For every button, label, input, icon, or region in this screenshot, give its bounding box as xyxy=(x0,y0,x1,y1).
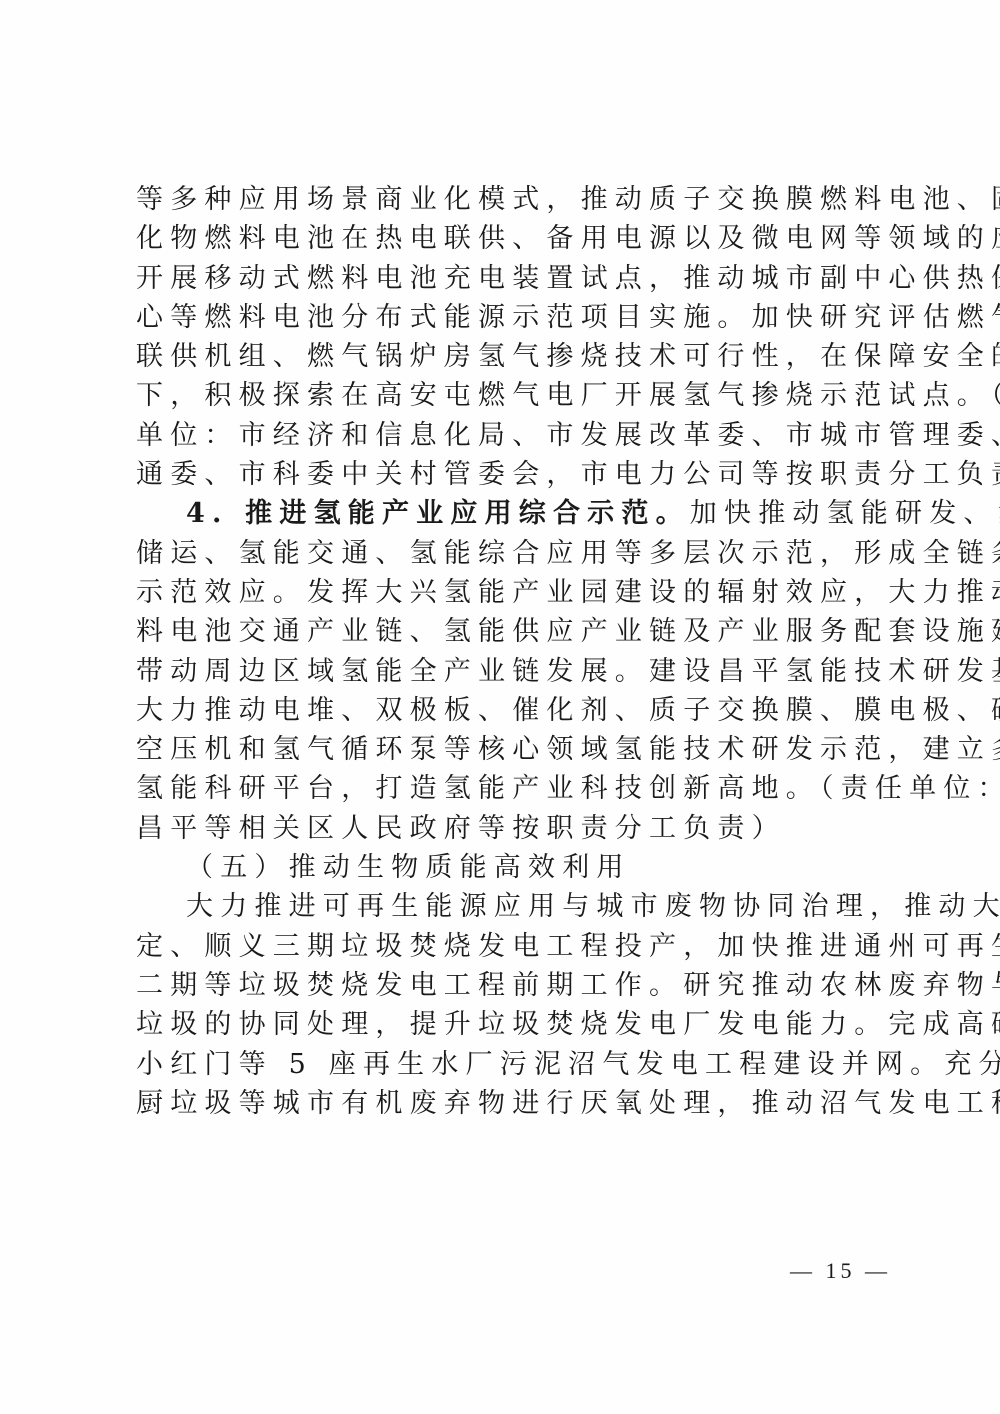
text-line: 昌平等相关区人民政府等按职责分工负责） xyxy=(136,809,878,848)
text-line: 示范效应。发挥大兴氢能产业园建设的辐射效应，大力推动氢燃 xyxy=(136,573,878,612)
text-line: 联供机组、燃气锅炉房氢气掺烧技术可行性，在保障安全的前提 xyxy=(136,337,878,376)
text-line: 通委、市科委中关村管委会，市电力公司等按职责分工负责） xyxy=(136,455,878,494)
text-line: 二期等垃圾焚烧发电工程前期工作。研究推动农林废弃物与生活 xyxy=(136,966,878,1005)
section-4-title: 4. 推进氢能产业应用综合示范。 xyxy=(186,498,690,529)
text-line: 下，积极探索在高安屯燃气电厂开展氢气掺烧示范试点。（责任 xyxy=(136,376,878,415)
text-line: 垃圾的协同处理，提升垃圾焚烧发电厂发电能力。完成高碑店、 xyxy=(136,1005,878,1044)
text-line: 氢能科研平台，打造氢能产业科技创新高地。（责任单位：大兴、 xyxy=(136,769,878,808)
section-4-text: 加快推动氢能研发、氢能制 xyxy=(690,498,1000,529)
text-line: 心等燃料电池分布式能源示范项目实施。加快研究评估燃气热电 xyxy=(136,298,878,337)
text-line: 空压机和氢气循环泵等核心领域氢能技术研发示范，建立多层次 xyxy=(136,730,878,769)
text-line: 带动周边区域氢能全产业链发展。建设昌平氢能技术研发基地， xyxy=(136,652,878,691)
page-number: — 15 — xyxy=(790,1258,891,1284)
text-line: 化物燃料电池在热电联供、备用电源以及微电网等领域的应用， xyxy=(136,219,878,258)
section-4-first-line: 4. 推进氢能产业应用综合示范。加快推动氢能研发、氢能制 xyxy=(136,494,878,533)
text-line: 储运、氢能交通、氢能综合应用等多层次示范，形成全链条集聚 xyxy=(136,534,878,573)
text-line: 大力推动电堆、双极板、催化剂、质子交换膜、膜电极、碳纸、 xyxy=(136,691,878,730)
text-line: 厨垃圾等城市有机废弃物进行厌氧处理，推动沼气发电工程建 xyxy=(136,1084,878,1123)
document-page: 等多种应用场景商业化模式，推动质子交换膜燃料电池、固体氧 化物燃料电池在热电联供… xyxy=(0,0,1000,1414)
text-line: 料电池交通产业链、氢能供应产业链及产业服务配套设施建设， xyxy=(136,612,878,651)
text-line: 定、顺义三期垃圾焚烧发电工程投产，加快推进通州可再生能源 xyxy=(136,927,878,966)
text-line: 开展移动式燃料电池充电装置试点，推动城市副中心供热保障中 xyxy=(136,259,878,298)
text-line: 小红门等 5 座再生水厂污泥沼气发电工程建设并网。充分利用餐 xyxy=(136,1045,878,1084)
section-5-heading: （五）推动生物质能高效利用 xyxy=(136,848,878,887)
text-line: 等多种应用场景商业化模式，推动质子交换膜燃料电池、固体氧 xyxy=(136,180,878,219)
body-text: 等多种应用场景商业化模式，推动质子交换膜燃料电池、固体氧 化物燃料电池在热电联供… xyxy=(136,180,878,1123)
section-5-first-line: 大力推进可再生能源应用与城市废物协同治理，推动大兴安 xyxy=(136,887,878,926)
text-line: 单位：市经济和信息化局、市发展改革委、市城市管理委、市交 xyxy=(136,416,878,455)
